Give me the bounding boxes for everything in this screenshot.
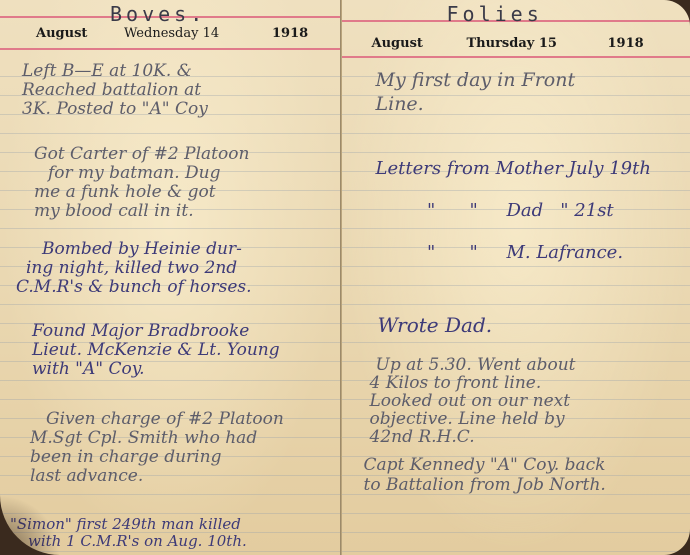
year-label: 1918 — [272, 26, 308, 41]
right-page: Folies August Thursday 15 1918 My first … — [341, 0, 690, 555]
header-rule-bottom — [0, 48, 340, 50]
entry-3: Bombed by Heinie dur-ing night, killed t… — [42, 240, 252, 297]
entry-3: Wrote Dad. — [378, 316, 493, 335]
day-label: Wednesday 14 — [124, 26, 219, 41]
entry-5: Capt Kennedy "A" Coy. backto Battalion f… — [364, 455, 606, 495]
entry-1: My first day in FrontLine. — [376, 68, 576, 116]
date-header: August Wednesday 14 1918 — [0, 22, 340, 46]
year-label: 1918 — [608, 36, 644, 51]
month-label: August — [36, 26, 87, 41]
date-header: August Thursday 15 1918 — [342, 32, 690, 56]
left-page: Boves. August Wednesday 14 1918 Left B—E… — [0, 0, 341, 555]
page-corner-shadow — [0, 495, 60, 555]
entry-1: Left B—E at 10K. &Reached battalion at3K… — [22, 62, 208, 119]
month-label: August — [372, 36, 423, 51]
day-label: Thursday 15 — [467, 36, 557, 51]
header-rule-bottom — [342, 56, 690, 58]
entry-4: Up at 5.30. Went about4 Kilos to front l… — [370, 356, 576, 446]
entry-2: Letters from Mother July 19th " " Dad " … — [376, 148, 651, 274]
diary-spread: Boves. August Wednesday 14 1918 Left B—E… — [0, 0, 690, 555]
entry-5: Given charge of #2 PlatoonM.Sgt Cpl. Smi… — [30, 410, 284, 486]
entry-2: Got Carter of #2 Platoonfor my batman. D… — [34, 145, 249, 221]
place-name: Folies — [447, 2, 543, 26]
entry-4: Found Major BradbrookeLieut. McKenzie & … — [32, 322, 280, 379]
